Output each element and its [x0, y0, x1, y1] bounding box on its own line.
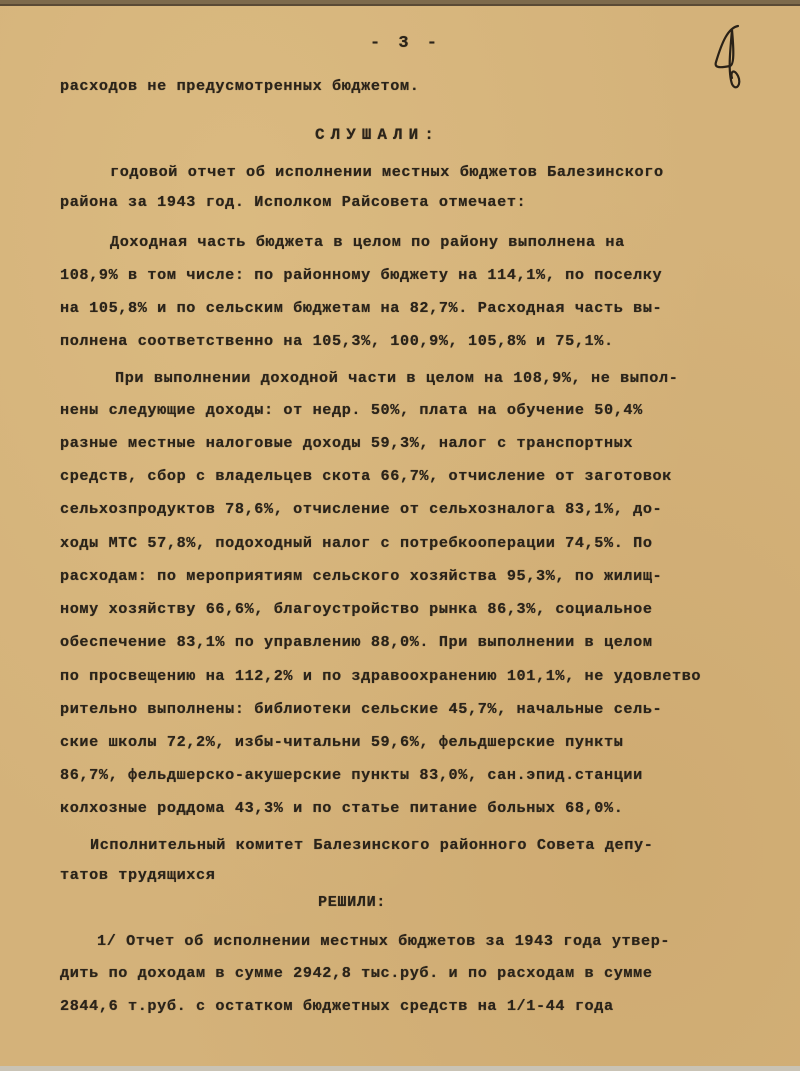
page-number: - 3 - — [370, 34, 441, 53]
text-line: 108,9% в том числе: по районному бюджету… — [60, 266, 662, 284]
text-line: 86,7%, фельдшерско-акушерские пункты 83,… — [60, 766, 643, 784]
text-line: района за 1943 год. Исполком Райсовета о… — [60, 193, 526, 211]
text-line: 1/ Отчет об исполнении местных бюджетов … — [97, 932, 670, 950]
text-line: нены следующие доходы: от недр. 50%, пла… — [60, 401, 643, 419]
text-line: колхозные роддома 43,3% и по статье пита… — [60, 799, 623, 817]
text-line: ходы МТС 57,8%, подоходный налог с потре… — [60, 534, 653, 552]
text-line: расходов не предусмотренных бюджетом. — [60, 77, 419, 95]
text-line: разные местные налоговые доходы 59,3%, н… — [60, 434, 633, 452]
text-line: дить по доходам в сумме 2942,8 тыс.руб. … — [60, 964, 653, 982]
text-line: рительно выполнены: библиотеки сельские … — [60, 700, 662, 718]
text-line: на 105,8% и по сельским бюджетам на 82,7… — [60, 299, 662, 317]
text-line: полнена соответственно на 105,3%, 100,9%… — [60, 332, 614, 350]
section-heading-decided: РЕШИЛИ: — [318, 893, 386, 911]
text-line: годовой отчет об исполнении местных бюдж… — [110, 163, 664, 181]
text-line: ские школы 72,2%, избы-читальни 59,6%, ф… — [60, 733, 623, 751]
text-line: Доходная часть бюджета в целом по району… — [110, 233, 625, 251]
section-heading-heard: СЛУШАЛИ: — [315, 126, 440, 144]
text-line: расходам: по мероприятиям сельского хозя… — [60, 567, 662, 585]
text-line: Исполнительный комитет Балезинского райо… — [90, 836, 653, 854]
scanner-edge — [0, 1066, 800, 1071]
text-line: татов трудящихся — [60, 866, 215, 884]
handwritten-sheet-number — [708, 22, 744, 92]
text-line: сельхозпродуктов 78,6%, отчисление от се… — [60, 500, 662, 518]
text-line: При выполнении доходной части в целом на… — [115, 369, 678, 387]
text-line: ному хозяйству 66,6%, благоустройство ры… — [60, 600, 653, 618]
text-line: средств, сбор с владельцев скота 66,7%, … — [60, 467, 672, 485]
text-line: 2844,6 т.руб. с остатком бюджетных средс… — [60, 997, 614, 1015]
text-line: обеспечение 83,1% по управлению 88,0%. П… — [60, 633, 653, 651]
text-line: по просвещению на 112,2% и по здравоохра… — [60, 667, 701, 685]
